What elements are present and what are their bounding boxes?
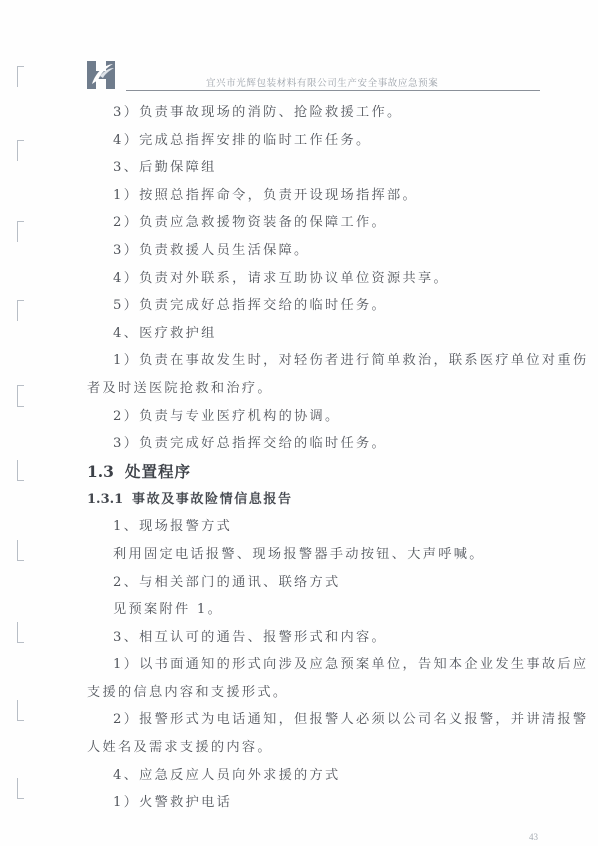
section-number: 1.3.1 (87, 486, 132, 514)
subheading-medical-group: 4、医疗救护组 (87, 320, 537, 348)
page-number: 43 (529, 832, 538, 842)
paragraph: 1）按照总指挥命令，负责开设现场指挥部。 (87, 182, 537, 210)
paragraph: 2）负责应急救援物资装备的保障工作。 (87, 209, 537, 237)
page-header: 宜兴市光辉包装材料有限公司生产安全事故应急预案 (86, 60, 540, 92)
binding-mark (17, 778, 24, 799)
section-number: 1.3 (87, 458, 125, 486)
subheading-logistics-group: 3、后勤保障组 (87, 154, 537, 182)
paragraph: 2）负责与专业医疗机构的协调。 (87, 403, 537, 431)
paragraph: 1）负责在事故发生时，对轻伤者进行简单救治，联系医疗单位对重伤 (87, 347, 537, 375)
header-title: 宜兴市光辉包装材料有限公司生产安全事故应急预案 (206, 75, 438, 89)
paragraph: 1）火警救护电话 (87, 789, 537, 817)
binding-mark (17, 700, 24, 721)
subheading-notice-form: 3、相互认可的通告、报警形式和内容。 (87, 624, 537, 652)
paragraph: 4）负责对外联系，请求互助协议单位资源共享。 (87, 265, 537, 293)
binding-mark (17, 622, 24, 643)
paragraph: 3）负责完成好总指挥交给的临时任务。 (87, 430, 537, 458)
binding-mark (17, 300, 24, 321)
document-body: 3）负责事故现场的消防、抢险救援工作。 4）完成总指挥安排的临时工作任务。 3、… (87, 99, 537, 817)
company-logo-icon (86, 60, 116, 90)
paragraph-continuation: 者及时送医院抢救和治疗。 (87, 375, 537, 403)
paragraph-continuation: 支援的信息内容和支援形式。 (87, 679, 537, 707)
binding-mark (17, 221, 24, 242)
binding-mark (17, 66, 24, 87)
paragraph: 3）负责事故现场的消防、抢险救援工作。 (87, 99, 537, 127)
paragraph-continuation: 人姓名及需求支援的内容。 (87, 734, 537, 762)
section-heading-1-3-1: 1.3.1事故及事故险情信息报告 (87, 486, 537, 514)
subheading-external-help: 4、应急反应人员向外求援的方式 (87, 762, 537, 790)
paragraph: 利用固定电话报警、现场报警器手动按钮、大声呼喊。 (87, 541, 537, 569)
section-title: 事故及事故险情信息报告 (132, 492, 293, 507)
binding-mark (17, 460, 24, 481)
document-page: 宜兴市光辉包装材料有限公司生产安全事故应急预案 3）负责事故现场的消防、抢险救援… (0, 0, 598, 846)
paragraph: 1）以书面通知的形式向涉及应急预案单位，告知本企业发生事故后应 (87, 651, 537, 679)
binding-mark (17, 540, 24, 561)
section-heading-1-3: 1.3处置程序 (87, 458, 537, 486)
binding-mark (17, 140, 24, 161)
header-divider (126, 90, 540, 91)
section-title: 处置程序 (125, 462, 191, 481)
binding-mark (17, 385, 24, 407)
paragraph: 5）负责完成好总指挥交给的临时任务。 (87, 292, 537, 320)
paragraph: 见预案附件 1。 (87, 596, 537, 624)
subheading-communication: 2、与相关部门的通讯、联络方式 (87, 569, 537, 597)
paragraph: 4）完成总指挥安排的临时工作任务。 (87, 127, 537, 155)
subheading-alarm-method: 1、现场报警方式 (87, 513, 537, 541)
paragraph: 2）报警形式为电话通知，但报警人必须以公司名义报警，并讲清报警 (87, 706, 537, 734)
paragraph: 3）负责救援人员生活保障。 (87, 237, 537, 265)
